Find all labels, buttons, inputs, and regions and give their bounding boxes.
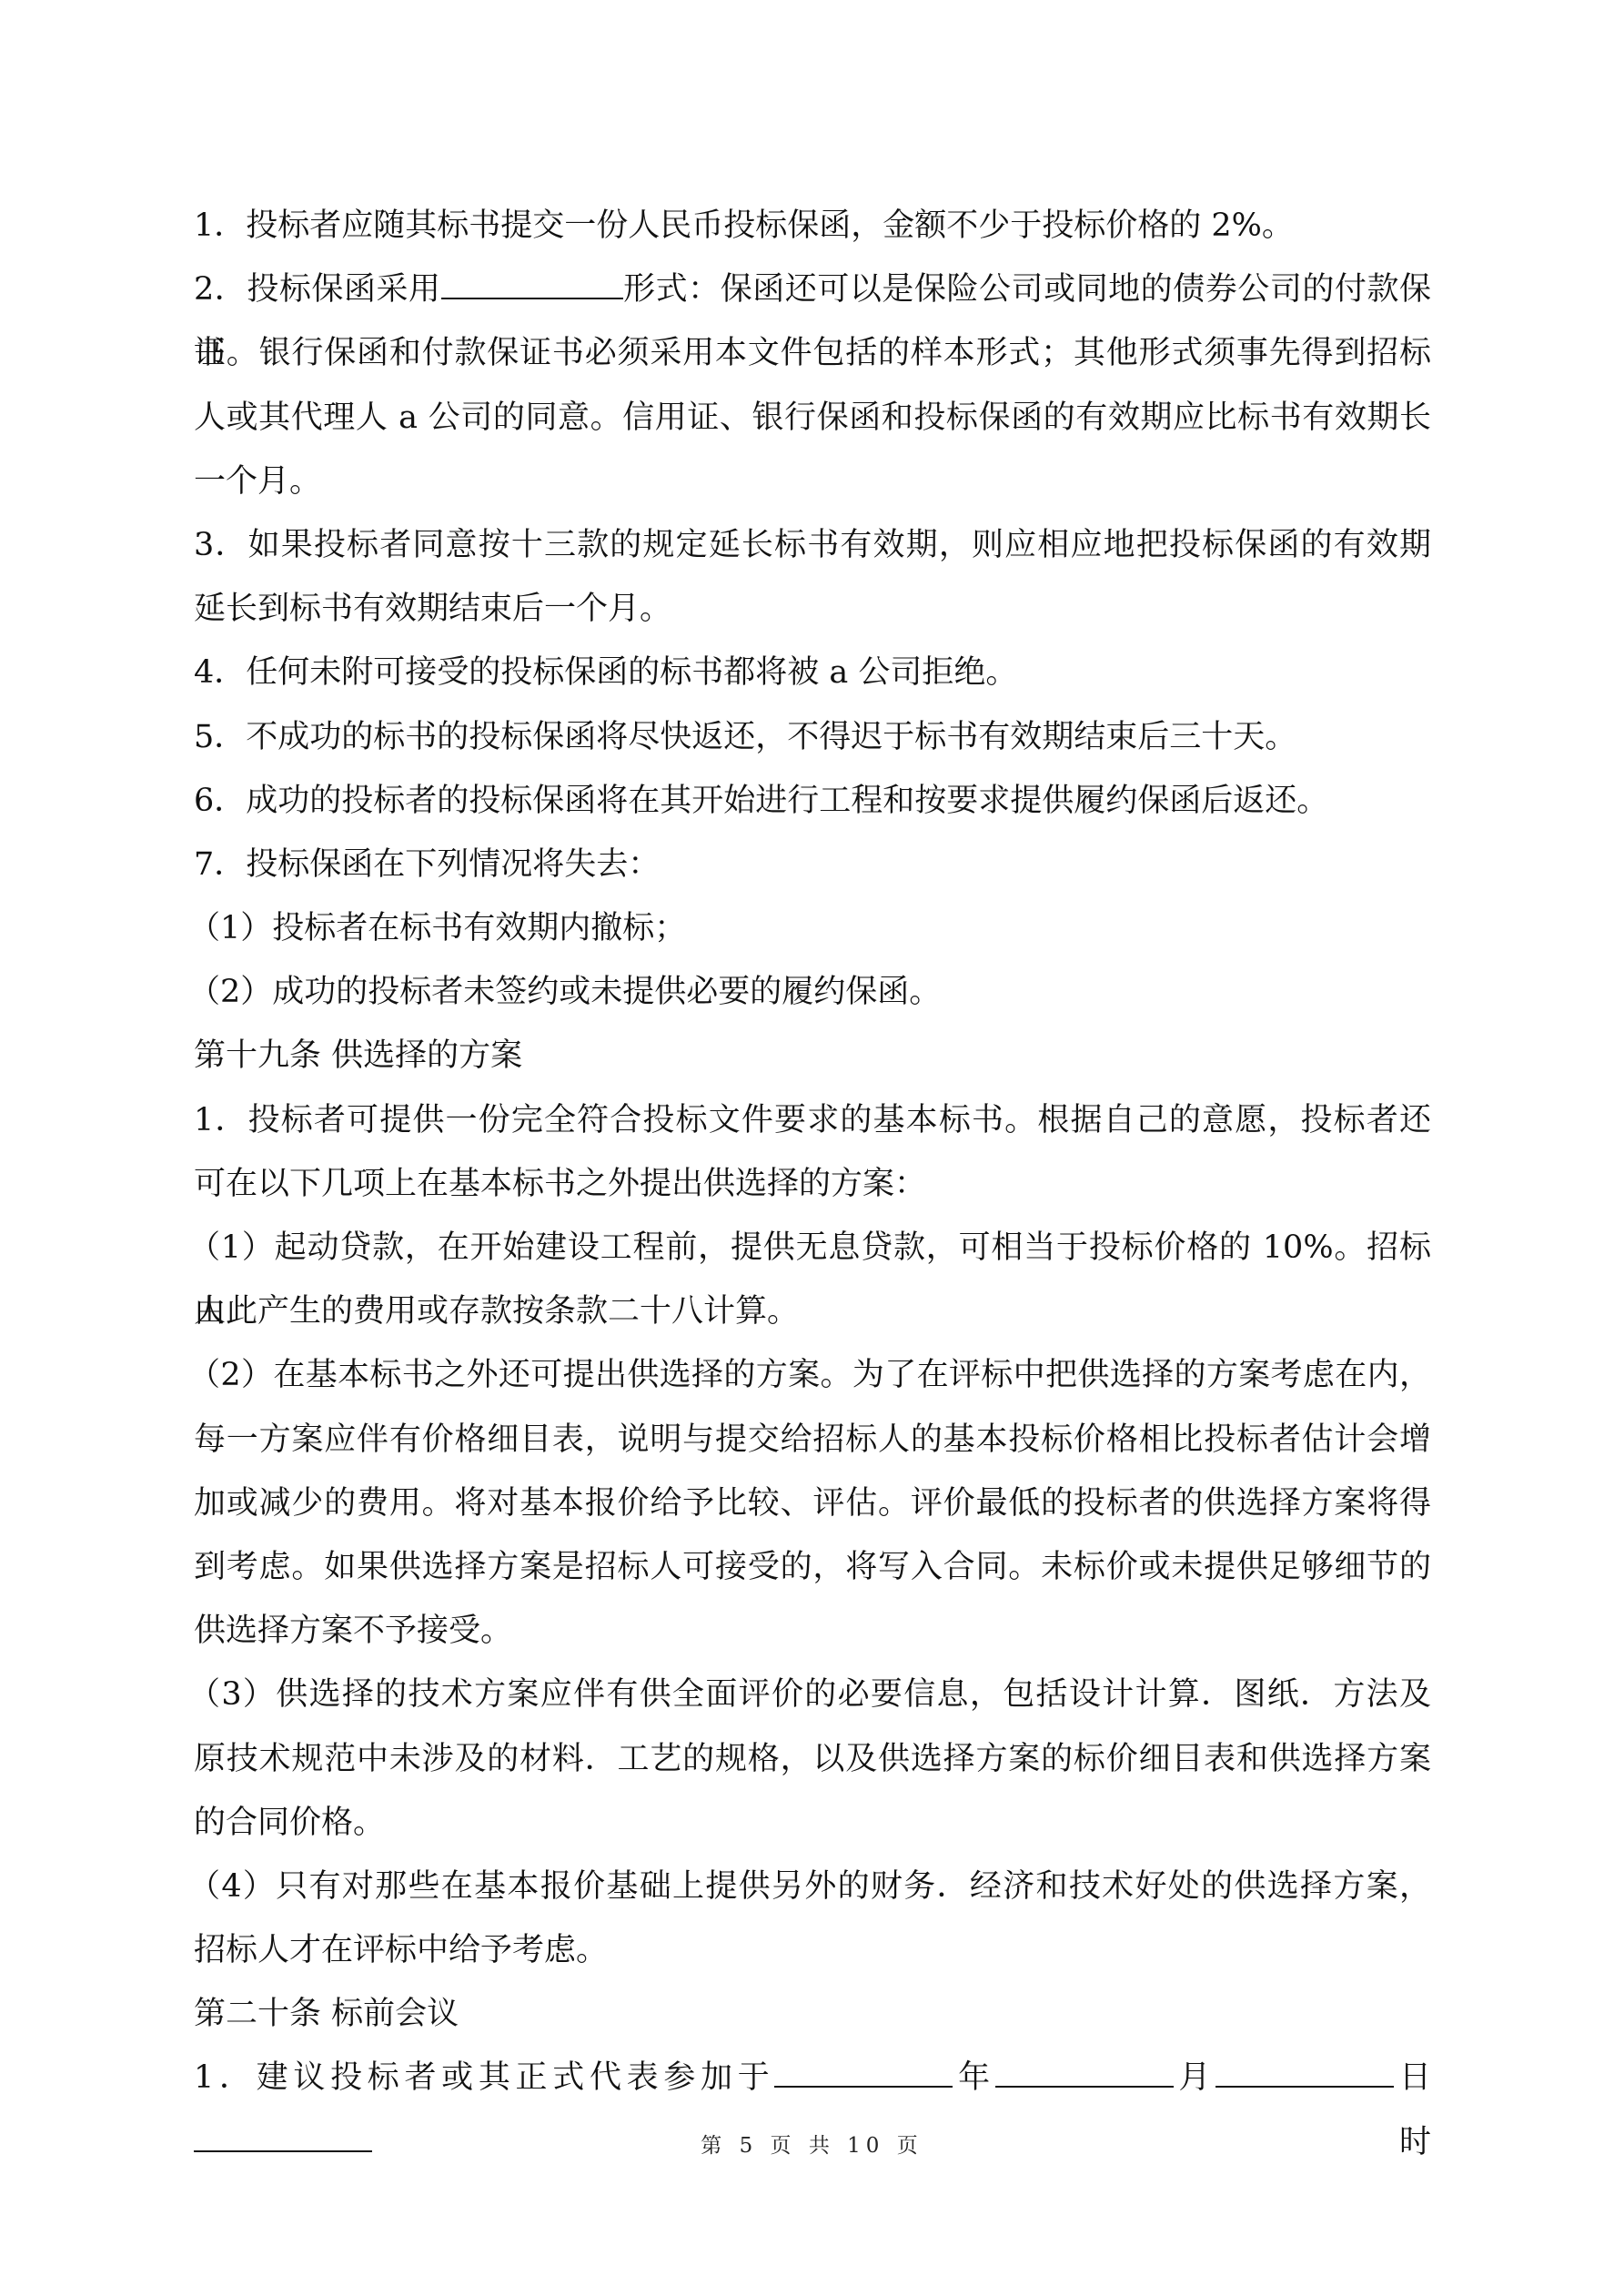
clause-prefix: 1．建议投标者或其正式代表参加于 xyxy=(194,2059,774,2096)
article-19-clause-1-cont: 可在以下几项上在基本标书之外提出供选择的方案： xyxy=(194,1152,1431,1216)
article-19-item-2-cont: 加或减少的费用。将对基本报价给予比较、评估。评价最低的投标者的供选择方案将得 xyxy=(194,1472,1431,1535)
document-page: 1．投标者应随其标书提交一份人民币投标保函，金额不少于投标价格的 2%。 2．投… xyxy=(0,0,1624,2296)
article-20-heading: 第二十条 标前会议 xyxy=(194,1982,1431,2046)
fill-in-blank-year xyxy=(774,2058,953,2088)
article-19-heading: 第十九条 供选择的方案 xyxy=(194,1024,1431,1087)
article-19-item-2-cont: 到考虑。如果供选择方案是招标人可接受的，将写入合同。未标价或未提供足够细节的 xyxy=(194,1535,1431,1599)
page-number-footer: 第 5 页 共 10 页 xyxy=(0,2128,1624,2164)
article-20-clause-1: 1．建议投标者或其正式代表参加于年月日时 xyxy=(194,2046,1431,2109)
article-19-item-2-cont: 每一方案应伴有价格细目表，说明与提交给招标人的基本投标价格相比投标者估计会增 xyxy=(194,1408,1431,1472)
article-19-item-2-cont: 供选择方案不予接受。 xyxy=(194,1599,1431,1663)
bid-bond-clause-4: 4．任何未附可接受的投标保函的标书都将被 a 公司拒绝。 xyxy=(194,641,1431,704)
article-19-item-1: （1）起动贷款，在开始建设工程前，提供无息贷款，可相当于投标价格的 10%。招标… xyxy=(194,1216,1431,1279)
bid-bond-clause-2-cont: 人或其代理人 a 公司的同意。信用证、银行保函和投标保函的有效期应比标书有效期长 xyxy=(194,386,1431,450)
fill-in-blank-bond-form xyxy=(441,270,623,299)
bid-bond-clause-7-item-2: （2）成功的投标者未签约或未提供必要的履约保函。 xyxy=(194,960,1431,1024)
article-19-item-3-cont: 原技术规范中未涉及的材料．工艺的规格，以及供选择方案的标价细目表和供选择方案 xyxy=(194,1727,1431,1791)
bid-bond-clause-7: 7．投标保函在下列情况将失去： xyxy=(194,833,1431,896)
article-19-item-3: （3）供选择的技术方案应伴有供全面评价的必要信息，包括设计计算．图纸．方法及 xyxy=(194,1663,1431,1726)
day-label: 日 xyxy=(1394,2059,1431,2096)
article-19-item-3-cont: 的合同价格。 xyxy=(194,1791,1431,1855)
bid-bond-clause-6: 6．成功的投标者的投标保函将在其开始进行工程和按要求提供履约保函后返还。 xyxy=(194,769,1431,833)
bid-bond-clause-2-cont: 一个月。 xyxy=(194,450,1431,513)
bid-bond-clause-7-item-1: （1）投标者在标书有效期内撤标； xyxy=(194,896,1431,960)
article-19-clause-1: 1．投标者可提供一份完全符合投标文件要求的基本标书。根据自己的意愿，投标者还 xyxy=(194,1088,1431,1152)
fill-in-blank-day xyxy=(1215,2058,1394,2088)
article-19-item-4: （4）只有对那些在基本报价基础上提供另外的财务．经济和技术好处的供选择方案， xyxy=(194,1855,1431,1918)
bid-bond-clause-2-cont: 书。银行保函和付款保证书必须采用本文件包括的样本形式；其他形式须事先得到招标 xyxy=(194,321,1431,385)
article-19-item-2: （2）在基本标书之外还可提出供选择的方案。为了在评标中把供选择的方案考虑在内， xyxy=(194,1343,1431,1407)
document-body: 1．投标者应随其标书提交一份人民币投标保函，金额不少于投标价格的 2%。 2．投… xyxy=(194,194,1431,2110)
bid-bond-clause-1: 1．投标者应随其标书提交一份人民币投标保函，金额不少于投标价格的 2%。 xyxy=(194,194,1431,258)
article-19-item-1-cont: 由此产生的费用或存款按条款二十八计算。 xyxy=(194,1279,1431,1343)
bid-bond-clause-3-cont: 延长到标书有效期结束后一个月。 xyxy=(194,577,1431,641)
fill-in-blank-month xyxy=(995,2058,1174,2088)
article-19-item-4-cont: 招标人才在评标中给予考虑。 xyxy=(194,1918,1431,1982)
year-label: 年 xyxy=(953,2059,994,2096)
month-label: 月 xyxy=(1174,2059,1215,2096)
bid-bond-clause-5: 5．不成功的标书的投标保函将尽快返还，不得迟于标书有效期结束后三十天。 xyxy=(194,705,1431,769)
bid-bond-clause-2: 2．投标保函采用形式：保函还可以是保险公司或同地的债券公司的付款保证 xyxy=(194,258,1431,321)
bid-bond-clause-3: 3．如果投标者同意按十三款的规定延长标书有效期，则应相应地把投标保函的有效期 xyxy=(194,513,1431,577)
clause-2-prefix: 2．投标保函采用 xyxy=(194,271,441,308)
